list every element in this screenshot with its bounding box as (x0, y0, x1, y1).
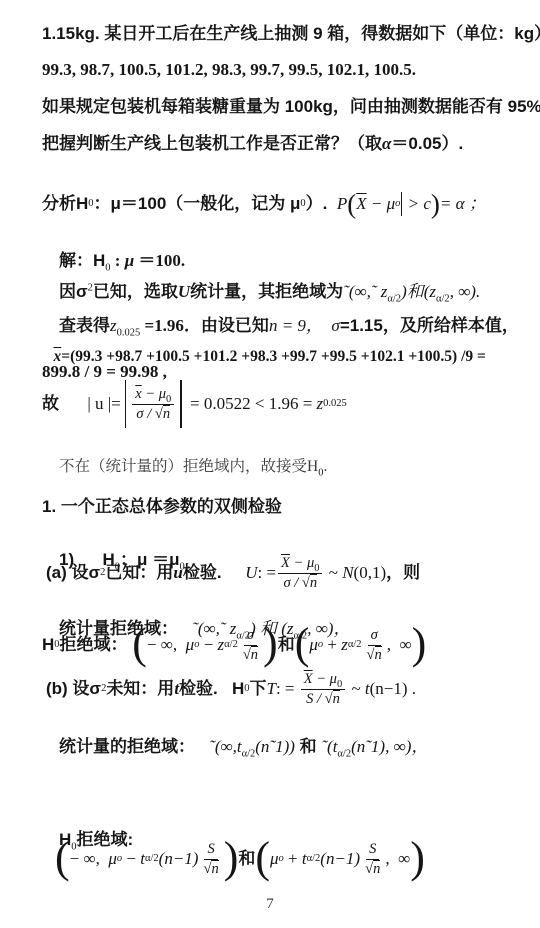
run: u (173, 563, 182, 583)
run: ˜(∞,t (209, 737, 241, 756)
case-b-line: (b) 设σ2未知：用t检验. H0下T: = X − μ0 S / √n ~ … (46, 666, 416, 712)
run: (n˜1), ∞)， (351, 737, 428, 756)
run: 不在（统计量的）拒绝域内，故接受H (59, 458, 318, 475)
numerator: X − μ0 (301, 671, 345, 690)
run: n (375, 646, 382, 663)
sqrt-icon: √ (365, 861, 373, 877)
subscript: 0 (314, 563, 319, 574)
denominator: √n (200, 860, 221, 878)
run: , ∞ (387, 635, 412, 655)
denominator: σ / √n (280, 574, 320, 592)
run: n (373, 860, 380, 877)
run: − μ (142, 386, 166, 402)
page-number: 7 (0, 896, 540, 913)
sqrt-icon: √ (155, 406, 163, 422)
run: ）. (306, 194, 337, 214)
rejection-region-4-formula: ( − ∞, μo − tα/2(n−1) S √n ) 和 ( μo + tα… (55, 832, 425, 886)
denominator: √n (362, 860, 383, 878)
run: σ (247, 627, 254, 643)
problem-line-1: 1.15kg. 某日开工后在生产线上抽测 9 箱，得数据如下（单位：kg） (42, 24, 540, 44)
numerator: σ (368, 627, 381, 646)
run: 故 (42, 394, 87, 414)
abs-bar (180, 380, 182, 428)
run: − ∞, (70, 849, 109, 869)
run: 检验. H (179, 679, 244, 699)
run: z (218, 635, 225, 655)
rejection-region-3: 统计量的拒绝域： ˜(∞,tα/2(n˜1)) 和 ˜(tα/2(n˜1), ∞… (42, 717, 428, 776)
run: ˜(t (321, 737, 337, 756)
run: − (122, 849, 140, 869)
numerator: σ (244, 627, 257, 646)
run: σ (371, 627, 378, 643)
run: (n−1) (320, 849, 360, 869)
run: n (163, 405, 170, 422)
abs-bar (401, 192, 402, 216)
run: μ (108, 849, 117, 869)
subscript: α/2 (337, 748, 351, 759)
document-page: 1.15kg. 某日开工后在生产线上抽测 9 箱，得数据如下（单位：kg） 99… (0, 0, 540, 928)
fraction: σ √n (364, 627, 385, 663)
run: S (207, 841, 214, 857)
problem-line-2: 99.3, 98.7, 100.5, 101.2, 98.3, 99.7, 99… (42, 60, 416, 80)
run: (n−1) . (370, 679, 416, 699)
run: | u |= (87, 394, 120, 414)
problem-line-3: 如果规定包装机每箱装糖重量为 100kg，问由抽测数据能否有 95%的 (42, 97, 540, 117)
run: ~ (324, 563, 342, 583)
run: 分析H (42, 194, 88, 214)
subscript: 0 (166, 394, 171, 405)
section-title: 1. 一个正态总体参数的双侧检验 (42, 497, 282, 517)
run: ~ (347, 679, 365, 699)
run: 和 (238, 849, 255, 869)
u-statistic-line: 故 | u |= x − μ0 σ / √n = 0.0522 < 1.96 =… (42, 378, 347, 430)
run: ：μ＝100（一般化，记为 μ (94, 194, 301, 214)
sqrt-icon: √ (302, 575, 310, 591)
run: z (317, 394, 324, 414)
run: − μ (313, 671, 337, 687)
run: (n˜1)) (255, 737, 295, 756)
run: z (341, 635, 348, 655)
analysis-line: 分析H0：μ＝100（一般化，记为 μ0）. P(X − μo > c)= α … (42, 192, 486, 216)
run: 已知：用 (105, 563, 173, 583)
denominator: σ / √n (133, 405, 173, 423)
case-a-line: (a) 设σ2已知：用u检验. U: = X − μ0 σ / √n ~ N(0… (46, 550, 420, 596)
denominator: √n (364, 646, 385, 664)
run: σ / (136, 406, 154, 422)
run: n (251, 646, 258, 663)
run: + (323, 635, 341, 655)
xbar-symbol: X (281, 555, 290, 571)
numerator: x − μ0 (132, 386, 174, 405)
subscript: α/2 (242, 748, 256, 759)
run: μ (270, 849, 279, 869)
abs-bar (125, 380, 127, 428)
run: U (245, 563, 257, 583)
run: α (382, 134, 391, 153)
denominator: √n (240, 646, 261, 664)
fraction: S √n (362, 841, 383, 877)
run: , ∞ (385, 849, 410, 869)
run: 和 (295, 737, 321, 756)
run: − (199, 635, 217, 655)
run: − μ (367, 194, 396, 214)
run: N (342, 563, 353, 583)
run: 下 (249, 679, 266, 699)
denominator: S / √n (303, 690, 343, 708)
run: μ (186, 635, 195, 655)
run: 把握判断生产线上包装机工作是否正常？（取 (42, 134, 382, 153)
run: 和 (278, 635, 295, 655)
xbar-symbol: X (304, 671, 313, 687)
numerator: S (204, 841, 217, 860)
sqrt-icon: √ (243, 647, 251, 663)
fraction: X − μ0 S / √n (301, 671, 345, 707)
run: H (42, 635, 54, 655)
fraction: S √n (200, 841, 221, 877)
run: n (333, 690, 340, 707)
fraction: X − μ0 σ / √n (278, 555, 322, 591)
run: t (302, 849, 307, 869)
numerator: S (366, 841, 379, 860)
run: σ / (283, 575, 301, 591)
run: . (323, 458, 327, 475)
run: ，则 (386, 563, 420, 583)
run: n (211, 860, 218, 877)
run: − ∞, (147, 635, 186, 655)
run: 统计量的拒绝域： (59, 737, 209, 756)
run: (a) 设σ (46, 563, 100, 583)
fraction: σ √n (240, 627, 261, 663)
run: S (369, 841, 376, 857)
run: 拒绝域： (60, 635, 133, 655)
rejection-region-2: H0拒绝域： ( − ∞, μo − zα/2 σ √n ) 和 ( μo + … (42, 618, 426, 672)
run: (n−1) (159, 849, 199, 869)
run: = 0.0522 < 1.96 = (186, 394, 317, 414)
run: (b) 设σ (46, 679, 101, 699)
run: T (266, 679, 275, 699)
run: S / (306, 691, 325, 707)
run: 未知：用 (106, 679, 174, 699)
run: μ (309, 635, 318, 655)
sqrt-icon: √ (325, 691, 333, 707)
run: (0,1) (354, 563, 387, 583)
run: ＝0.05）. (391, 134, 463, 153)
run: + (284, 849, 302, 869)
subscript: 0 (337, 679, 342, 690)
run: : = (257, 563, 276, 583)
xbar-symbol: X (356, 194, 366, 214)
run: > c (403, 194, 431, 214)
run: − μ (290, 555, 314, 571)
conclusion-line: 不在（统计量的）拒绝域内，故接受H0. (42, 436, 327, 495)
problem-line-4: 把握判断生产线上包装机工作是否正常？（取α＝0.05）. (42, 134, 463, 154)
run: n (310, 574, 317, 591)
numerator: X − μ0 (278, 555, 322, 574)
run: : = (276, 679, 299, 699)
run: = α ； (440, 194, 486, 214)
sqrt-icon: √ (367, 647, 375, 663)
fraction: x − μ0 σ / √n (132, 386, 174, 422)
run: P (337, 194, 347, 214)
run: 检验. (183, 563, 245, 583)
